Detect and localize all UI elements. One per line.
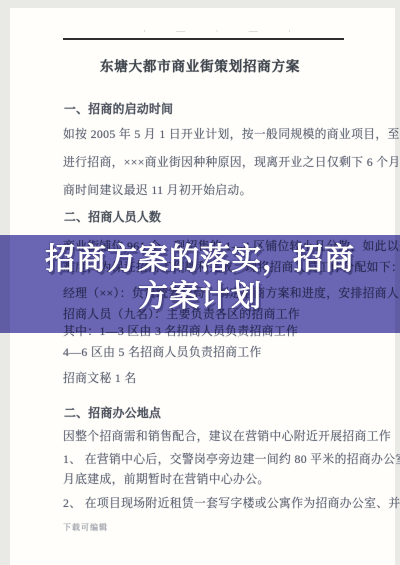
doc-line: 4—6 区由 5 名招商人员负责招商工作 xyxy=(63,343,262,360)
ghost-header-marks: · — · — · xyxy=(143,26,305,36)
doc-line: 月底建成，前期暂时在营销中心办公。 xyxy=(63,470,270,487)
doc-line: 2、 在项目现场附近租赁一套写字楼或公寓作为招商办公室、并同时在营销中心 xyxy=(63,494,400,511)
doc-line: 进行招商，×××商业街因种种原因，现离开业之日仅剩下 6 个月时间，因此招 xyxy=(63,153,400,170)
doc-line: 如按 2005 年 5 月 1 日开业计划，按一般同规模的商业项目，至少应提前 … xyxy=(63,125,400,142)
doc-line: 因整个招商需和销售配合，建议在营销中心附近开展招商工作 xyxy=(63,427,391,444)
page-title: 东塘大都市商业街策划招商方案 xyxy=(100,55,300,75)
document-viewer: · — · — · 东塘大都市商业街策划招商方案 一、招商的启动时间 如按 20… xyxy=(0,0,400,565)
doc-line: 招商文秘 1 名 xyxy=(63,369,137,386)
watermark-line-2: 方案计划 xyxy=(0,278,400,315)
section-heading-3: 二、招商办公地点 xyxy=(64,404,161,421)
doc-line: 商时间建议最迟 11 月初开始启动。 xyxy=(63,181,252,198)
section-heading-2: 二、招商人员人数 xyxy=(64,208,161,225)
editable-download-mark: 下载可编辑 xyxy=(63,522,108,533)
watermark-headline: 招商方案的落实，招商 方案计划 xyxy=(0,241,400,315)
doc-line: 1、 在营销中心后，交警岗亭旁边建一间约 80 平米的招商办公室、建议在 11 xyxy=(63,450,400,467)
watermark-line-1: 招商方案的落实，招商 xyxy=(0,241,400,278)
section-heading-1: 一、招商的启动时间 xyxy=(64,100,173,117)
title-rule xyxy=(63,38,344,40)
